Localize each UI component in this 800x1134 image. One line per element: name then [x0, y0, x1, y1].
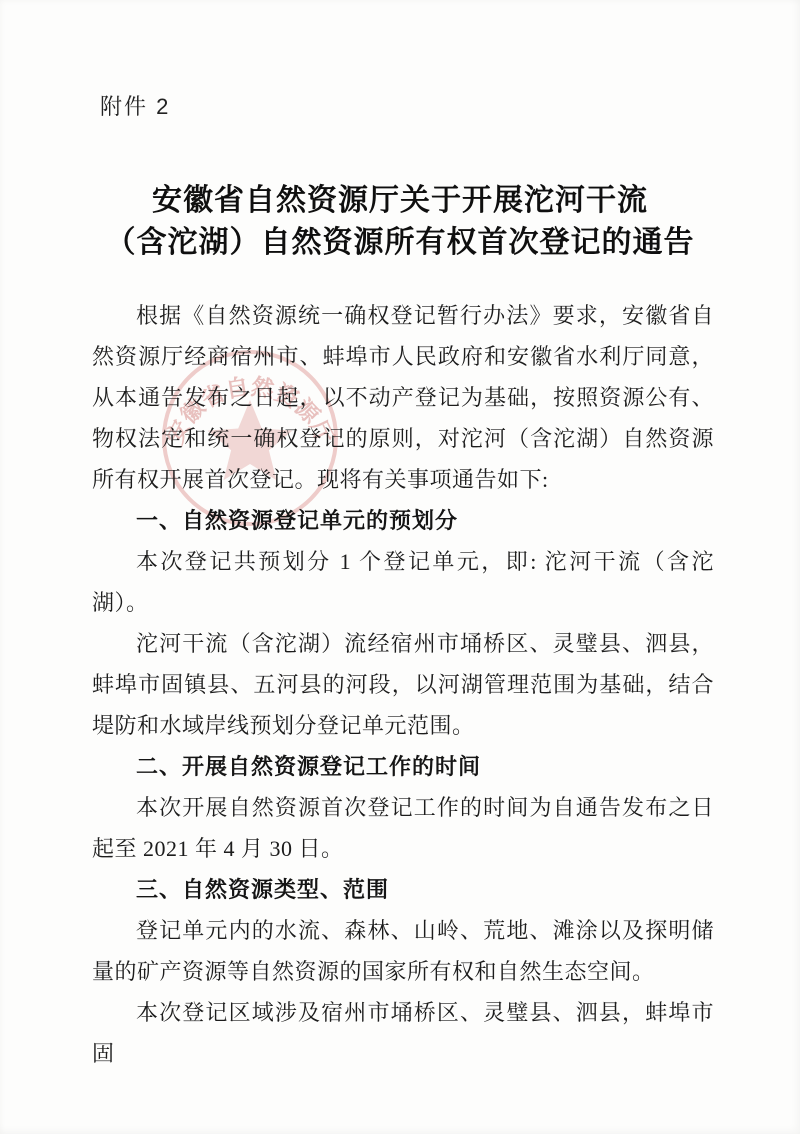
paragraph: 本次开展自然资源首次登记工作的时间为自通告发布之日起至 2021 年 4 月 3… [92, 787, 714, 869]
title-line-2: （含沱湖）自然资源所有权首次登记的通告 [40, 222, 760, 264]
attachment-label: 附件 2 [100, 90, 170, 121]
document-page: 附件 2 安徽省自然资源厅关于开展沱河干流 （含沱湖）自然资源所有权首次登记的通… [0, 0, 800, 1134]
document-title: 安徽省自然资源厅关于开展沱河干流 （含沱湖）自然资源所有权首次登记的通告 [40, 180, 760, 264]
section-heading: 二、开展自然资源登记工作的时间 [92, 746, 714, 787]
paragraph: 根据《自然资源统一确权登记暂行办法》要求，安徽省自然资源厅经商宿州市、蚌埠市人民… [92, 295, 714, 500]
document-body: 根据《自然资源统一确权登记暂行办法》要求，安徽省自然资源厅经商宿州市、蚌埠市人民… [92, 295, 714, 1074]
section-heading: 三、自然资源类型、范围 [92, 869, 714, 910]
section-heading: 一、自然资源登记单元的预划分 [92, 500, 714, 541]
title-line-1: 安徽省自然资源厅关于开展沱河干流 [40, 180, 760, 222]
paragraph: 沱河干流（含沱湖）流经宿州市埇桥区、灵璧县、泗县，蚌埠市固镇县、五河县的河段，以… [92, 623, 714, 746]
paragraph: 登记单元内的水流、森林、山岭、荒地、滩涂以及探明储量的矿产资源等自然资源的国家所… [92, 910, 714, 992]
paragraph: 本次登记共预划分 1 个登记单元，即: 沱河干流（含沱湖）。 [92, 541, 714, 623]
paragraph: 本次登记区域涉及宿州市埇桥区、灵璧县、泗县，蚌埠市固 [92, 992, 714, 1074]
